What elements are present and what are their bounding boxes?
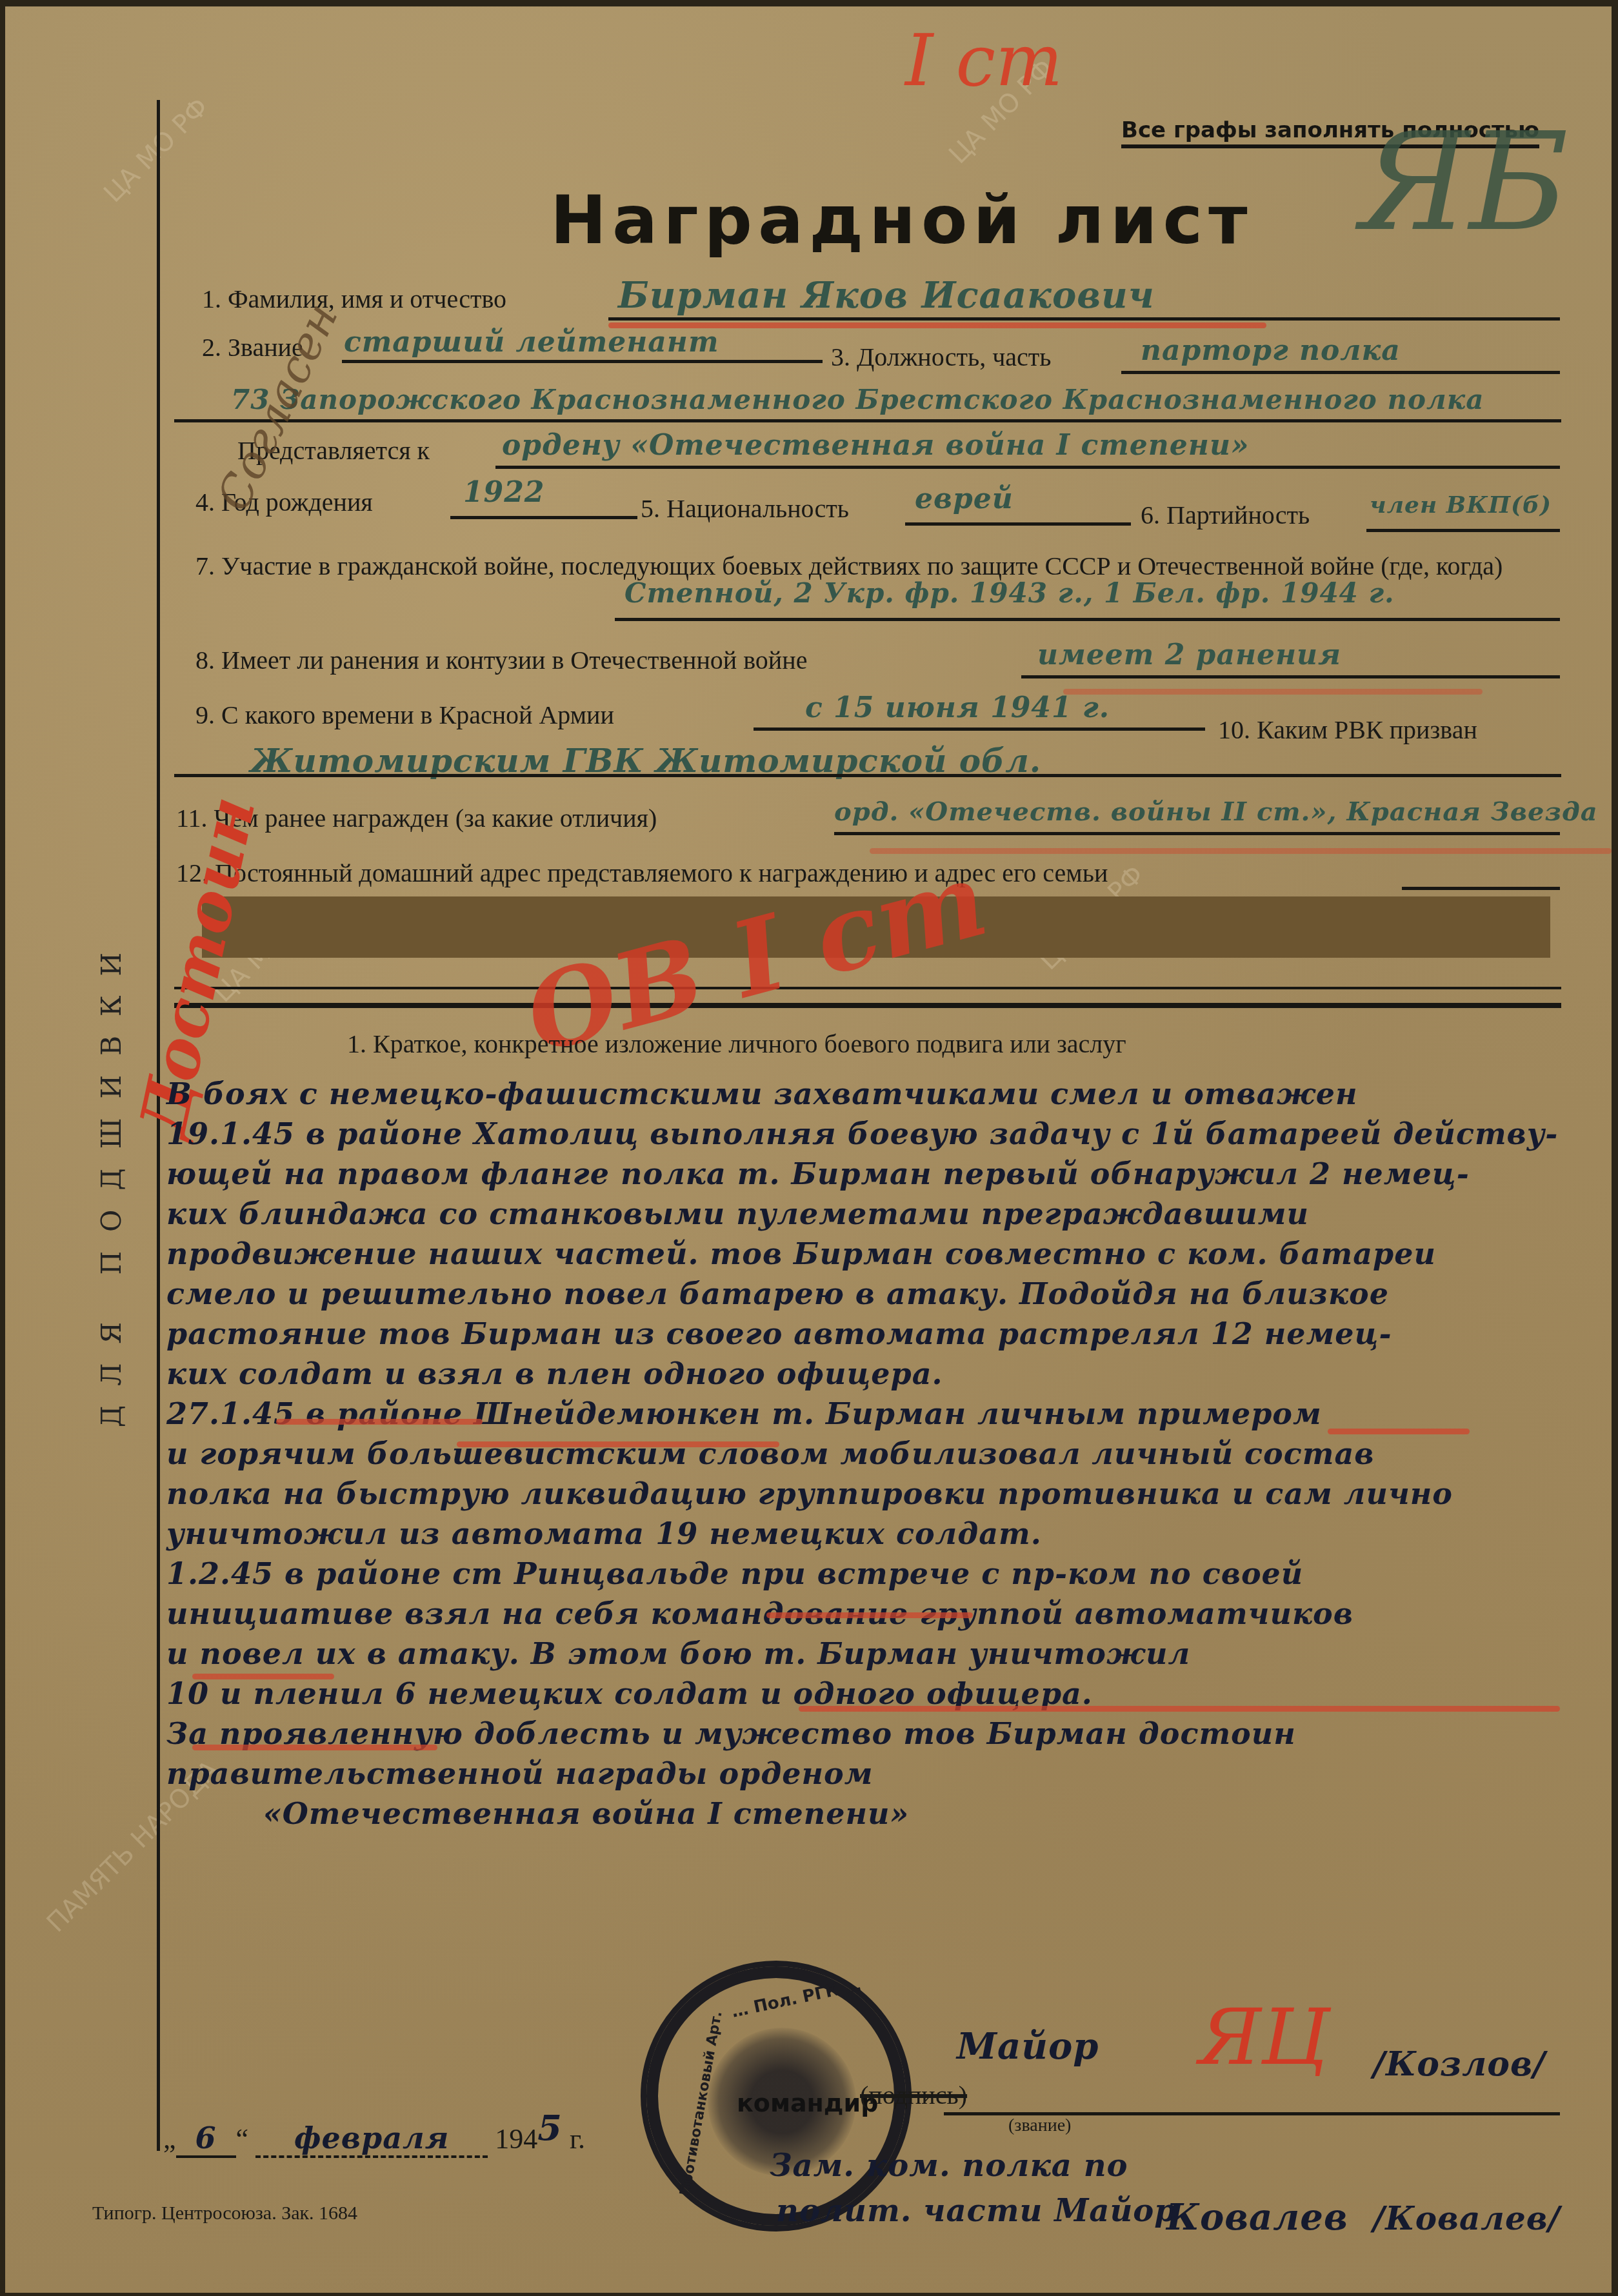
field-value-rank: старший лейтенант [344,326,719,359]
narrative-line: и повел их в атаку. В этом бою т. Бирман… [166,1634,1599,1674]
narrative-line: 1.2.45 в районе ст Ринцвальде при встреч… [166,1554,1599,1594]
signer-name: /Козлов/ [1373,2044,1546,2084]
deputy-line-2: полит. части Майор [776,2193,1177,2229]
narrative-line: уничтожил из автомата 19 немецких солдат… [166,1514,1599,1554]
narrative-line: 27.1.45 в районе Шнейдемюнкен т. Бирман … [166,1394,1599,1434]
date-month: февраля [255,2121,488,2158]
date-day: 6 [176,2121,236,2158]
date-year-suffix: 5 [537,2108,563,2149]
field-value-nationality: еврей [915,482,1014,515]
field-label-3: 3. Должность, часть [831,342,1052,372]
field-label-6: 6. Партийность [1141,500,1310,530]
field-value-name: Бирман Яков Исаакович [618,274,1155,317]
narrative-line: смело и решительно повел батарею в атаку… [166,1274,1599,1314]
narrative-line: 19.1.45 в районе Хатолиц выполняя боевую… [166,1114,1599,1154]
field-value-combat-history: Степной, 2 Укр. фр. 1943 г., 1 Бел. фр. … [624,577,1395,609]
field-label-8: 8. Имеет ли ранения и контузии в Отечест… [195,645,807,675]
narrative-line: В боях с немецко-фашистскими захватчикам… [166,1074,1599,1114]
role-struck-text: (подпись) [860,2080,967,2110]
deputy-signature: Ковалев [1166,2196,1348,2239]
narrative-line: и горячим большевистским словом мобилизо… [166,1434,1599,1474]
narrative-line: ющей на правом фланге полка т. Бирман пе… [166,1154,1599,1194]
narrative-line: полка на быструю ликвидацию группировки … [166,1474,1599,1514]
field-label-10: 10. Каким РВК призван [1218,715,1477,745]
deputy-line-1: Зам. ком. полка по [770,2148,1128,2184]
narrative-line: «Отечественная война I степени» [166,1794,1599,1834]
date-year-prefix: 194 [495,2123,537,2155]
field-label-1: 1. Фамилия, имя и отчество [202,284,506,314]
field-label-5: 5. Национальность [641,493,849,524]
signer-rank: Майор [957,2025,1099,2068]
field-value-presented-award: ордену «Отечественная война I степени» [502,429,1249,462]
award-sheet: ЦА МО РФ ЦА МО РФ ЦА МО РФ ЦА МО РФ ПАМЯ… [5,6,1612,2293]
narrative-line: ких блиндажа со станковыми пулеметами пр… [166,1194,1599,1234]
printer-imprint: Типогр. Центросоюза. Зак. 1684 [92,2202,357,2224]
field-value-position: парторг полка [1141,334,1401,367]
commander-signature: ЯЦ [1199,1993,1329,2083]
binding-label: ДЛЯ ПОДШИВКИ [95,922,134,1438]
page-title: Наградной лист [550,181,1253,259]
field-value-party: член ВКП(б) [1370,491,1552,519]
narrative-line: продвижение наших частей. тов Бирман сов… [166,1234,1599,1274]
rank-caption: (звание) [1008,2115,1071,2136]
date-line: „6“ февраля 1945 г. [163,2115,585,2157]
seal-text-center: командир [737,2089,878,2117]
narrative-heading: 1. Краткое, конкретное изложение личного… [347,1029,1126,1059]
field-value-army-since: с 15 июня 1941 г. [805,691,1110,724]
field-label-9: 9. С какого времени в Красной Армии [195,700,614,730]
narrative-line: ких солдат и взял в плен одного офицера. [166,1354,1599,1394]
seal-text-top: … Пол. РГК … [730,1975,863,2022]
award-degree-mark: I ст [905,19,1063,102]
field-value-unit: 73 Запорожского Краснознаменного Брестск… [231,384,1484,415]
narrative-line: правительственной награды орденом [166,1754,1599,1794]
narrative-text: В боях с немецко-фашистскими захватчикам… [166,1074,1599,1834]
field-value-wounds: имеет 2 ранения [1037,638,1341,671]
pencil-approval-mark: ЯБ [1360,103,1569,261]
deputy-name: /Ковалев/ [1373,2199,1561,2237]
narrative-line: растояние тов Бирман из своего автомата … [166,1314,1599,1354]
date-year-unit: г. [570,2123,585,2155]
field-value-previous-awards: орд. «Отечеств. войны II ст.», Красная З… [834,797,1598,827]
field-value-birth-year: 1922 [463,476,544,509]
